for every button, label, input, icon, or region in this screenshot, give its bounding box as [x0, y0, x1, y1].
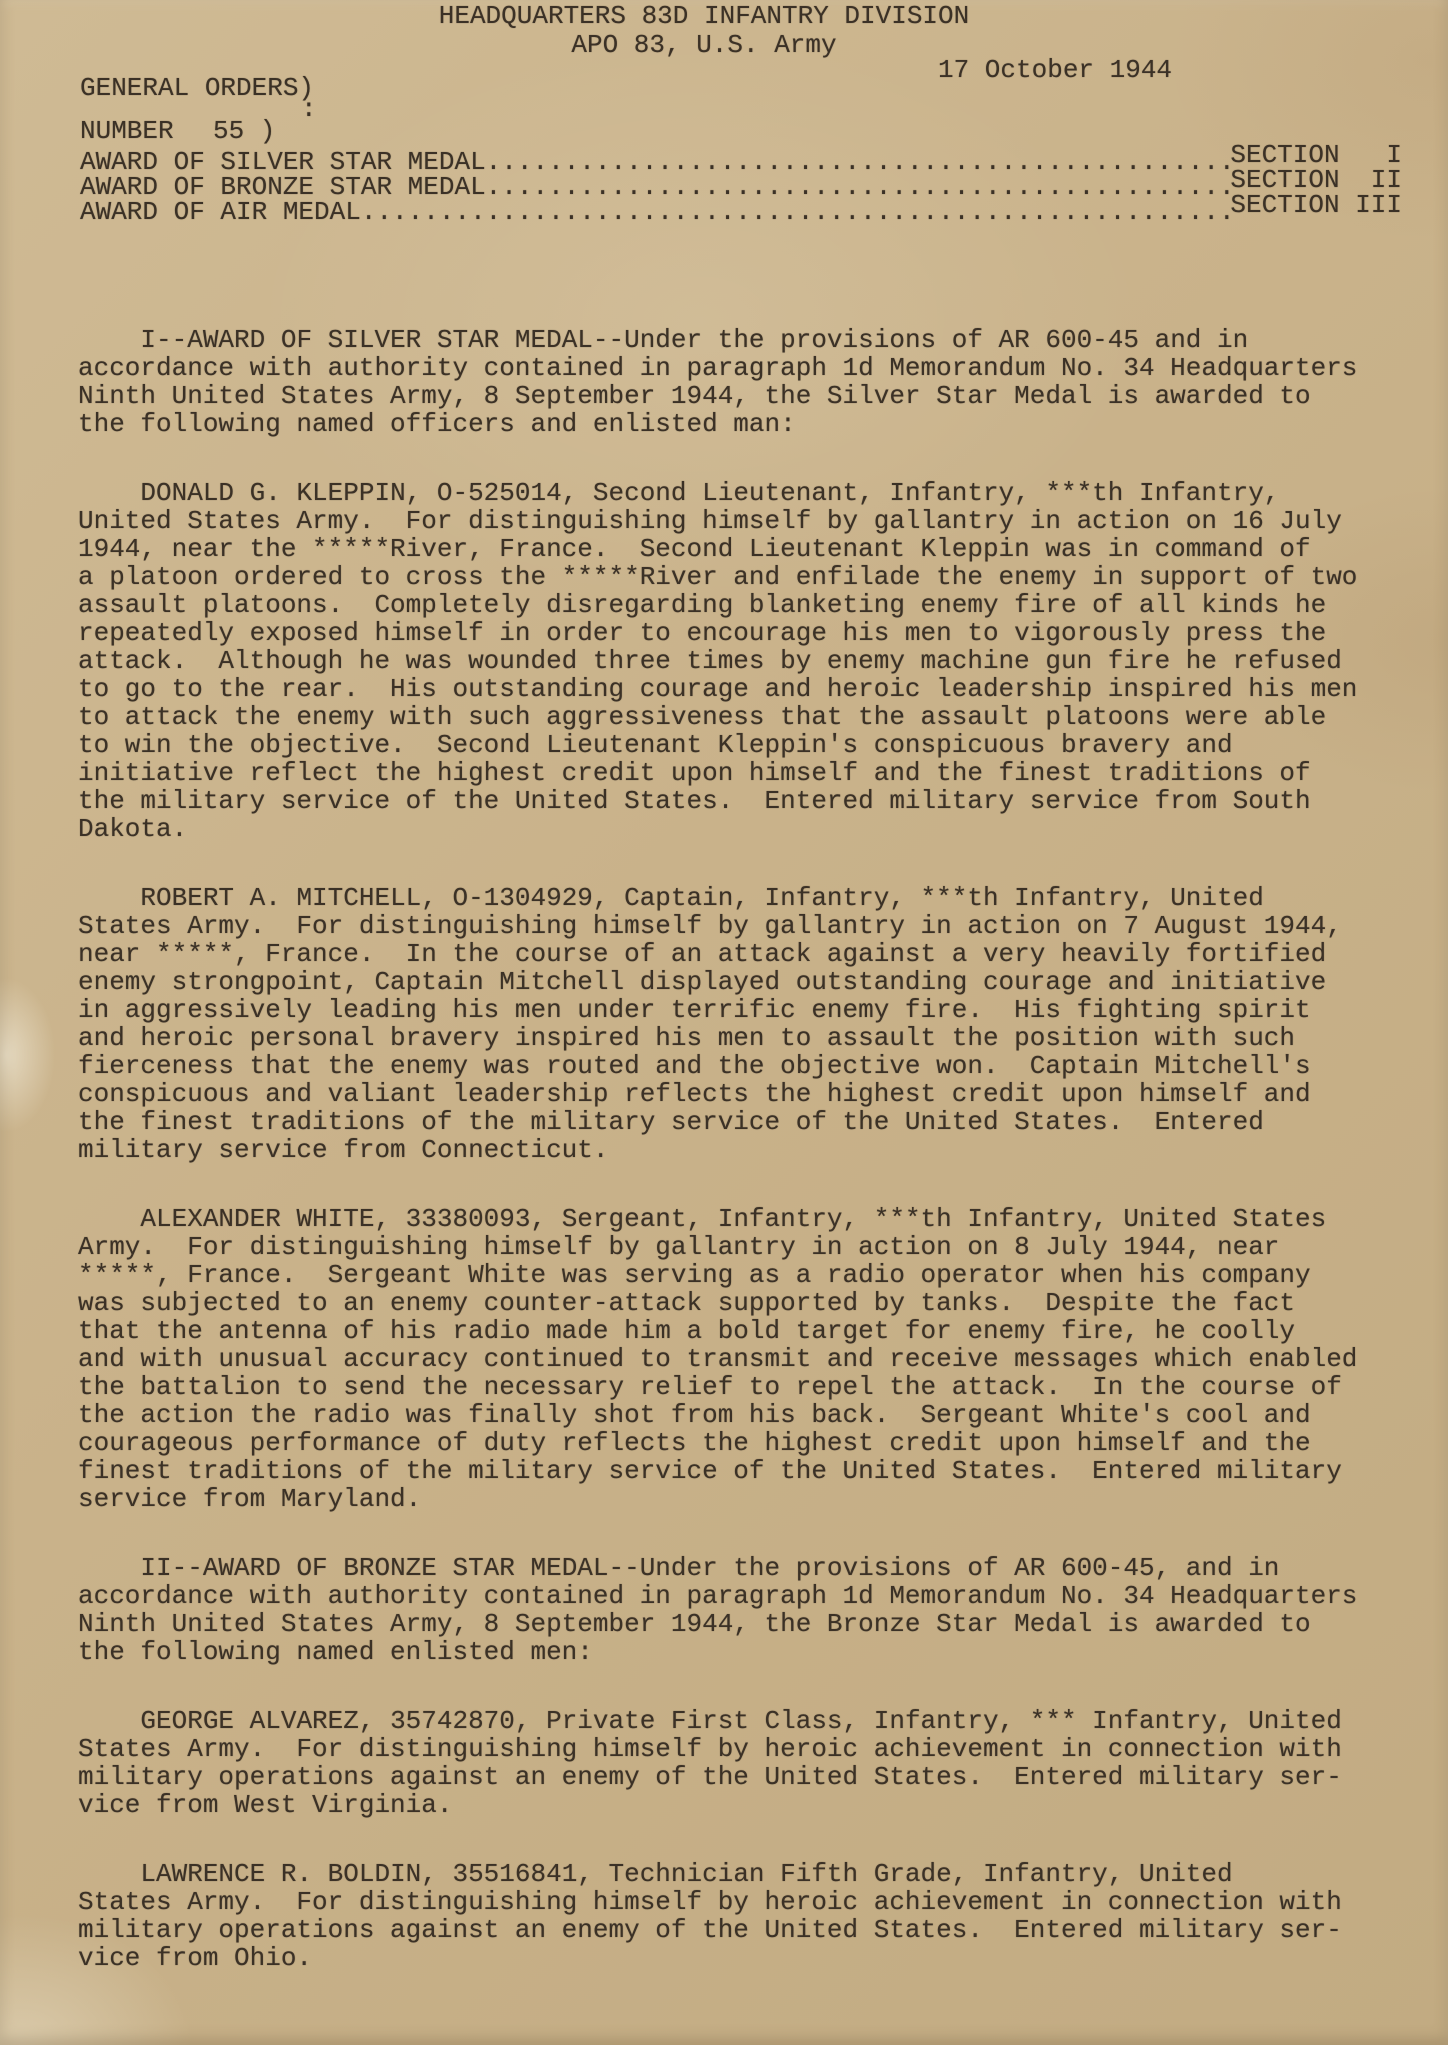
paragraph-award-mitchell: ROBERT A. MITCHELL, O-1304929, Captain, … [78, 884, 1410, 1164]
toc-leader-dots: ........................................… [501, 175, 1230, 200]
toc-leader-dots: ........................................… [501, 150, 1230, 175]
number-label: NUMBER [80, 117, 174, 145]
document-body: I--AWARD OF SILVER STAR MEDAL--Under the… [78, 326, 1410, 2013]
header-line-1: HEADQUARTERS 83D INFANTRY DIVISION [0, 2, 1428, 30]
paragraph-award-white: ALEXANDER WHITE, 33380093, Sergeant, Inf… [78, 1205, 1410, 1513]
paragraph-award-boldin: LAWRENCE R. BOLDIN, 35516841, Technician… [78, 1860, 1410, 1972]
header-line-2: APO 83, U.S. Army [0, 31, 1428, 59]
toc-section-ref: SECTION III [1230, 193, 1402, 218]
toc-leader-dots: ........................................… [376, 200, 1230, 225]
document-date: 17 October 1944 [938, 56, 1172, 84]
paper-stain [0, 990, 40, 1140]
document-page: HEADQUARTERS 83D INFANTRY DIVISION APO 8… [0, 0, 1448, 2045]
general-orders-label: GENERAL ORDERS) [80, 74, 314, 102]
toc-row-air-medal: AWARD OF AIR MEDAL. ....................… [80, 200, 1402, 225]
paragraph-section-2-intro: II--AWARD OF BRONZE STAR MEDAL--Under th… [78, 1554, 1410, 1666]
table-of-contents: AWARD OF SILVER STAR MEDAL. ............… [80, 150, 1402, 225]
paragraph-award-kleppin: DONALD G. KLEPPIN, O-525014, Second Lieu… [78, 479, 1410, 843]
toc-title: AWARD OF AIR MEDAL. [80, 200, 376, 225]
paragraph-section-1-intro: I--AWARD OF SILVER STAR MEDAL--Under the… [78, 326, 1410, 438]
paragraph-award-alvarez: GEORGE ALVAREZ, 35742870, Private First … [78, 1707, 1410, 1819]
orders-colon: : [301, 95, 317, 123]
number-value: 55 ) [213, 117, 275, 145]
